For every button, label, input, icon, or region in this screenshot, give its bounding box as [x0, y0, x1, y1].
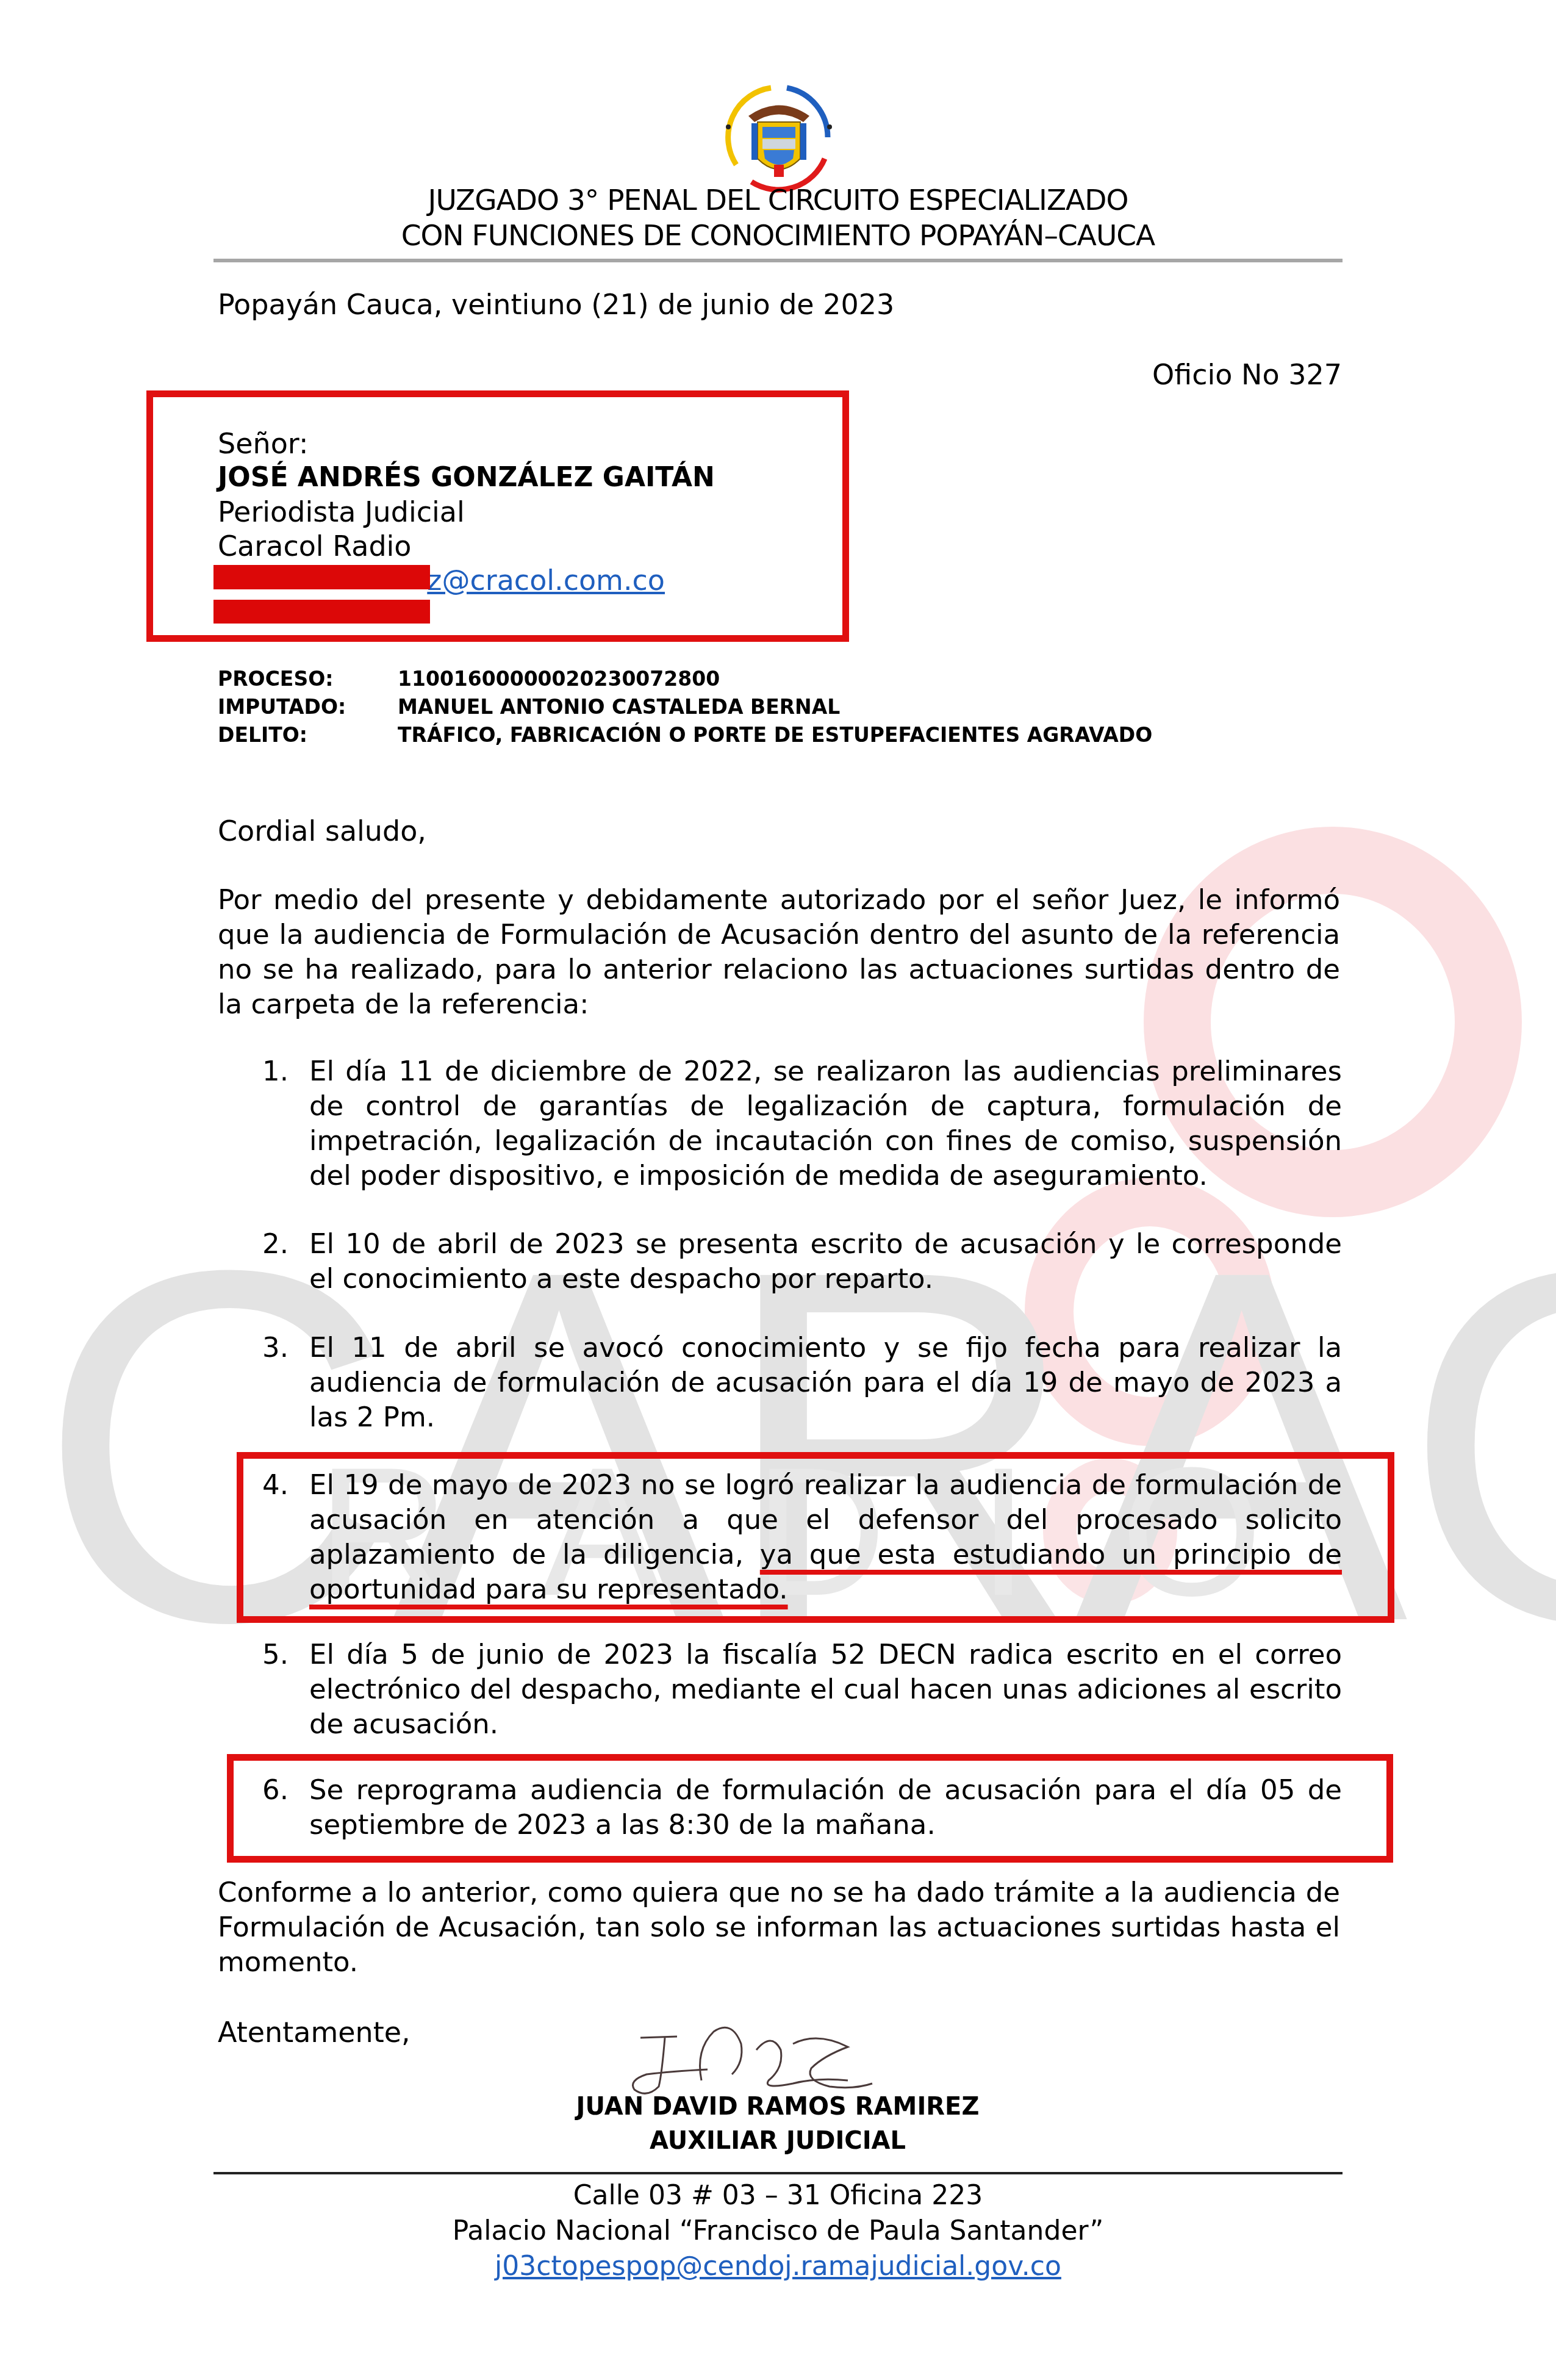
- footer-divider: [213, 2172, 1343, 2174]
- footer-address: Calle 03 # 03 – 31 Oficina 223: [213, 2178, 1343, 2213]
- redaction-bar: [213, 600, 430, 624]
- case-value: TRÁFICO, FABRICACIÓN O PORTE DE ESTUPEFA…: [398, 723, 1152, 747]
- date-line: Popayán Cauca, veintiuno (21) de junio d…: [218, 287, 894, 322]
- list-item: 3. El 11 de abril se avocó conocimiento …: [262, 1330, 1342, 1434]
- court-name-line-2: CON FUNCIONES DE CONOCIMIENTO POPAYÁN–CA…: [213, 218, 1343, 254]
- farewell: Atentamente,: [218, 2015, 411, 2050]
- list-item: 1. El día 11 de diciembre de 2022, se re…: [262, 1054, 1342, 1193]
- footer-building: Palacio Nacional “Francisco de Paula San…: [213, 2213, 1343, 2249]
- closing-paragraph: Conforme a lo anterior, como quiera que …: [218, 1875, 1340, 1979]
- list-item: 6. Se reprograma audiencia de formulació…: [262, 1772, 1342, 1842]
- footer-email[interactable]: j03ctopespop@cendoj.ramajudicial.gov.co: [213, 2249, 1343, 2284]
- intro-paragraph: Por medio del presente y debidamente aut…: [218, 882, 1340, 1021]
- case-row-imputado: IMPUTADO:MANUEL ANTONIO CASTALEDA BERNAL: [218, 693, 840, 721]
- list-item: 4. El 19 de mayo de 2023 no se logró rea…: [262, 1467, 1342, 1606]
- case-value: MANUEL ANTONIO CASTALEDA BERNAL: [398, 695, 840, 719]
- greeting: Cordial saludo,: [218, 813, 426, 849]
- oficio-number: Oficio No 327: [1147, 357, 1342, 392]
- signer-role: AUXILIAR JUDICIAL: [488, 2124, 1067, 2158]
- signer-name: JUAN DAVID RAMOS RAMIREZ: [488, 2090, 1067, 2124]
- rama-judicial-seal-icon: [715, 73, 843, 201]
- case-value: 11001600000020230072800: [398, 667, 720, 691]
- case-label: IMPUTADO:: [218, 693, 398, 721]
- case-label: DELITO:: [218, 721, 398, 749]
- case-row-proceso: PROCESO:11001600000020230072800: [218, 665, 720, 693]
- case-row-delito: DELITO:TRÁFICO, FABRICACIÓN O PORTE DE E…: [218, 721, 1152, 749]
- list-item: 5. El día 5 de junio de 2023 la fiscalía…: [262, 1637, 1342, 1741]
- list-item: 2. El 10 de abril de 2023 se presenta es…: [262, 1226, 1342, 1296]
- case-label: PROCESO:: [218, 665, 398, 693]
- header-divider: [213, 259, 1343, 262]
- redaction-bar: [213, 565, 430, 589]
- court-name-line-1: JUZGADO 3° PENAL DEL CIRCUITO ESPECIALIZ…: [213, 183, 1343, 218]
- footer-email-link[interactable]: j03ctopespop@cendoj.ramajudicial.gov.co: [495, 2251, 1061, 2282]
